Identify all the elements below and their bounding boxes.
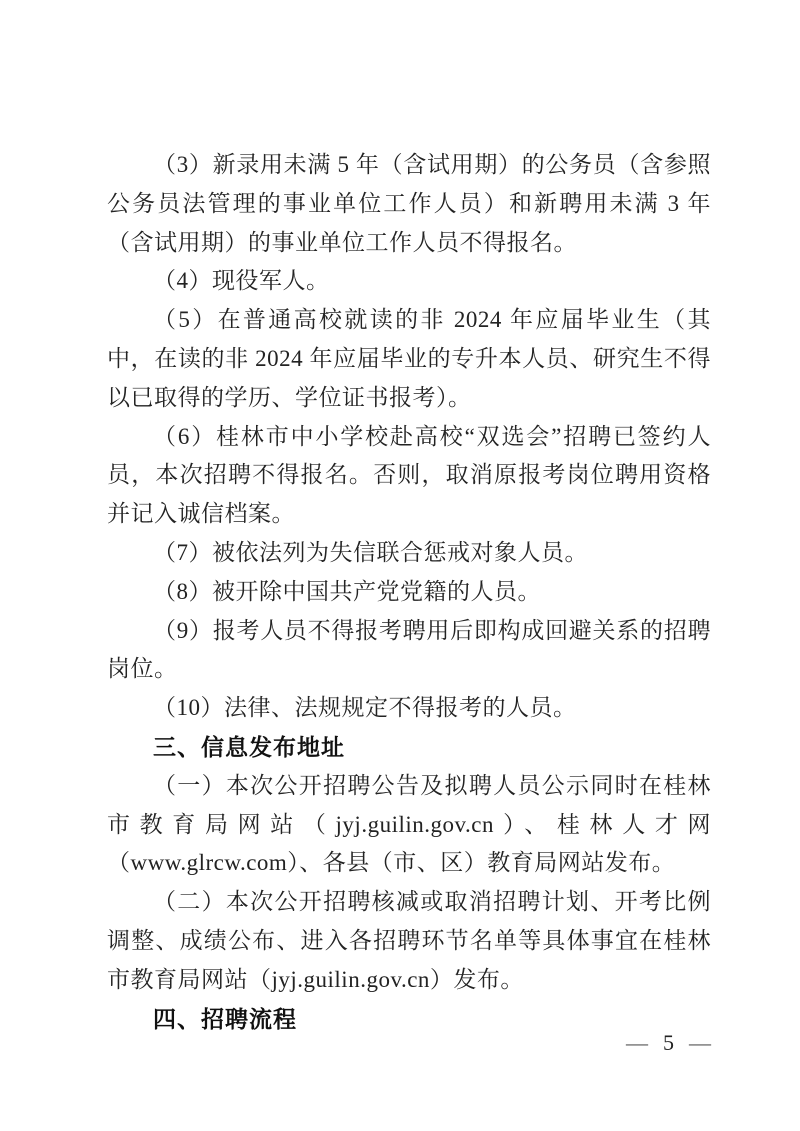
paragraph: （3）新录用未满 5 年（含试用期）的公务员（含参照公务员法管理的事业单位工作人… bbox=[107, 146, 711, 262]
paragraph: （4）现役军人。 bbox=[107, 262, 711, 301]
page-number-left-dash: — bbox=[626, 1032, 648, 1054]
paragraph: （5）在普通高校就读的非 2024 年应届毕业生（其中，在读的非 2024 年应… bbox=[107, 301, 711, 417]
page-number-value: 5 bbox=[663, 1030, 674, 1056]
page-number: — 5 — bbox=[626, 1030, 711, 1056]
section-heading: 四、招聘流程 bbox=[107, 1000, 711, 1039]
section-heading: 三、信息发布地址 bbox=[107, 728, 711, 767]
paragraph: （二）本次公开招聘核减或取消招聘计划、开考比例调整、成绩公布、进入各招聘环节名单… bbox=[107, 883, 711, 999]
paragraph: （一）本次公开招聘公告及拟聘人员公示同时在桂林市教育局网站（jyj.guilin… bbox=[107, 767, 711, 883]
document-body: （3）新录用未满 5 年（含试用期）的公务员（含参照公务员法管理的事业单位工作人… bbox=[107, 146, 711, 1038]
page-number-right-dash: — bbox=[689, 1032, 711, 1054]
paragraph: （9）报考人员不得报考聘用后即构成回避关系的招聘岗位。 bbox=[107, 612, 711, 690]
paragraph: （10）法律、法规规定不得报考的人员。 bbox=[107, 689, 711, 728]
document-page: （3）新录用未满 5 年（含试用期）的公务员（含参照公务员法管理的事业单位工作人… bbox=[0, 0, 800, 1131]
paragraph: （6）桂林市中小学校赴高校“双选会”招聘已签约人员，本次招聘不得报名。否则，取消… bbox=[107, 418, 711, 534]
paragraph: （8）被开除中国共产党党籍的人员。 bbox=[107, 573, 711, 612]
paragraph: （7）被依法列为失信联合惩戒对象人员。 bbox=[107, 534, 711, 573]
